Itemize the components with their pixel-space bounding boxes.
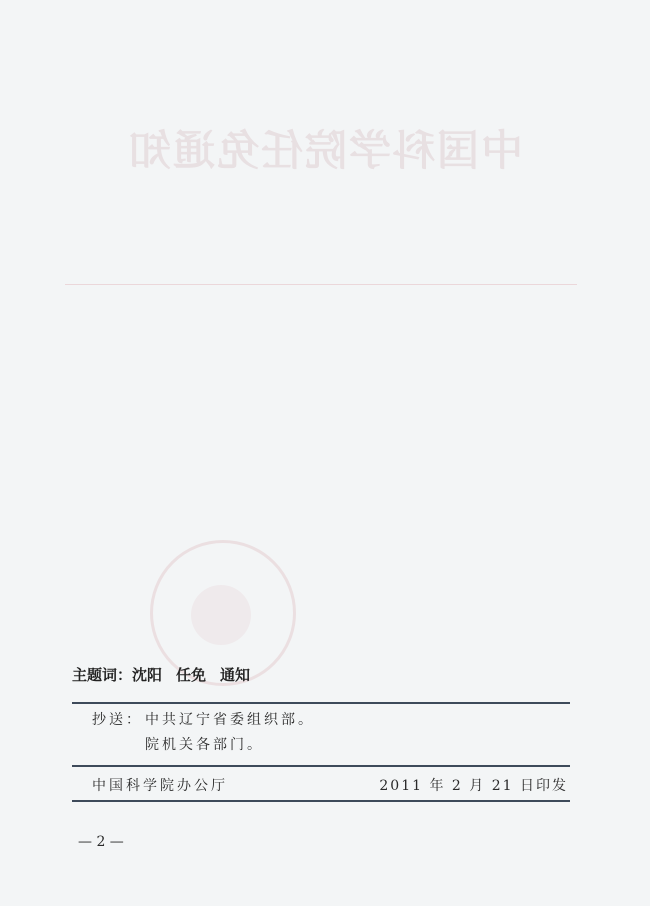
subject-keywords: 主题词：沈阳任免通知 xyxy=(72,664,264,685)
cc-block: 抄送： 中共辽宁省委组织部。 院机关各部门。 xyxy=(92,708,315,758)
cc-recipient: 院机关各部门。 xyxy=(145,733,264,758)
divider-top xyxy=(72,702,570,704)
bleed-through-rule xyxy=(65,284,577,285)
divider-middle xyxy=(72,765,570,767)
keyword: 任免 xyxy=(176,666,206,684)
issuer: 中国科学院办公厅 xyxy=(92,775,228,795)
page-number: — 2 — xyxy=(78,834,124,850)
cc-label: 抄送： xyxy=(92,708,145,733)
keywords-label: 主题词： xyxy=(72,666,132,684)
seal-emblem xyxy=(191,585,251,645)
divider-bottom xyxy=(72,800,570,802)
keyword: 通知 xyxy=(220,666,250,684)
cc-recipient: 中共辽宁省委组织部。 xyxy=(145,708,315,733)
keyword: 沈阳 xyxy=(132,666,162,684)
issue-date: 2011 年 2 月 21 日印发 xyxy=(379,775,568,795)
bleed-through-title: 中国科学院任免通知 xyxy=(100,118,550,178)
